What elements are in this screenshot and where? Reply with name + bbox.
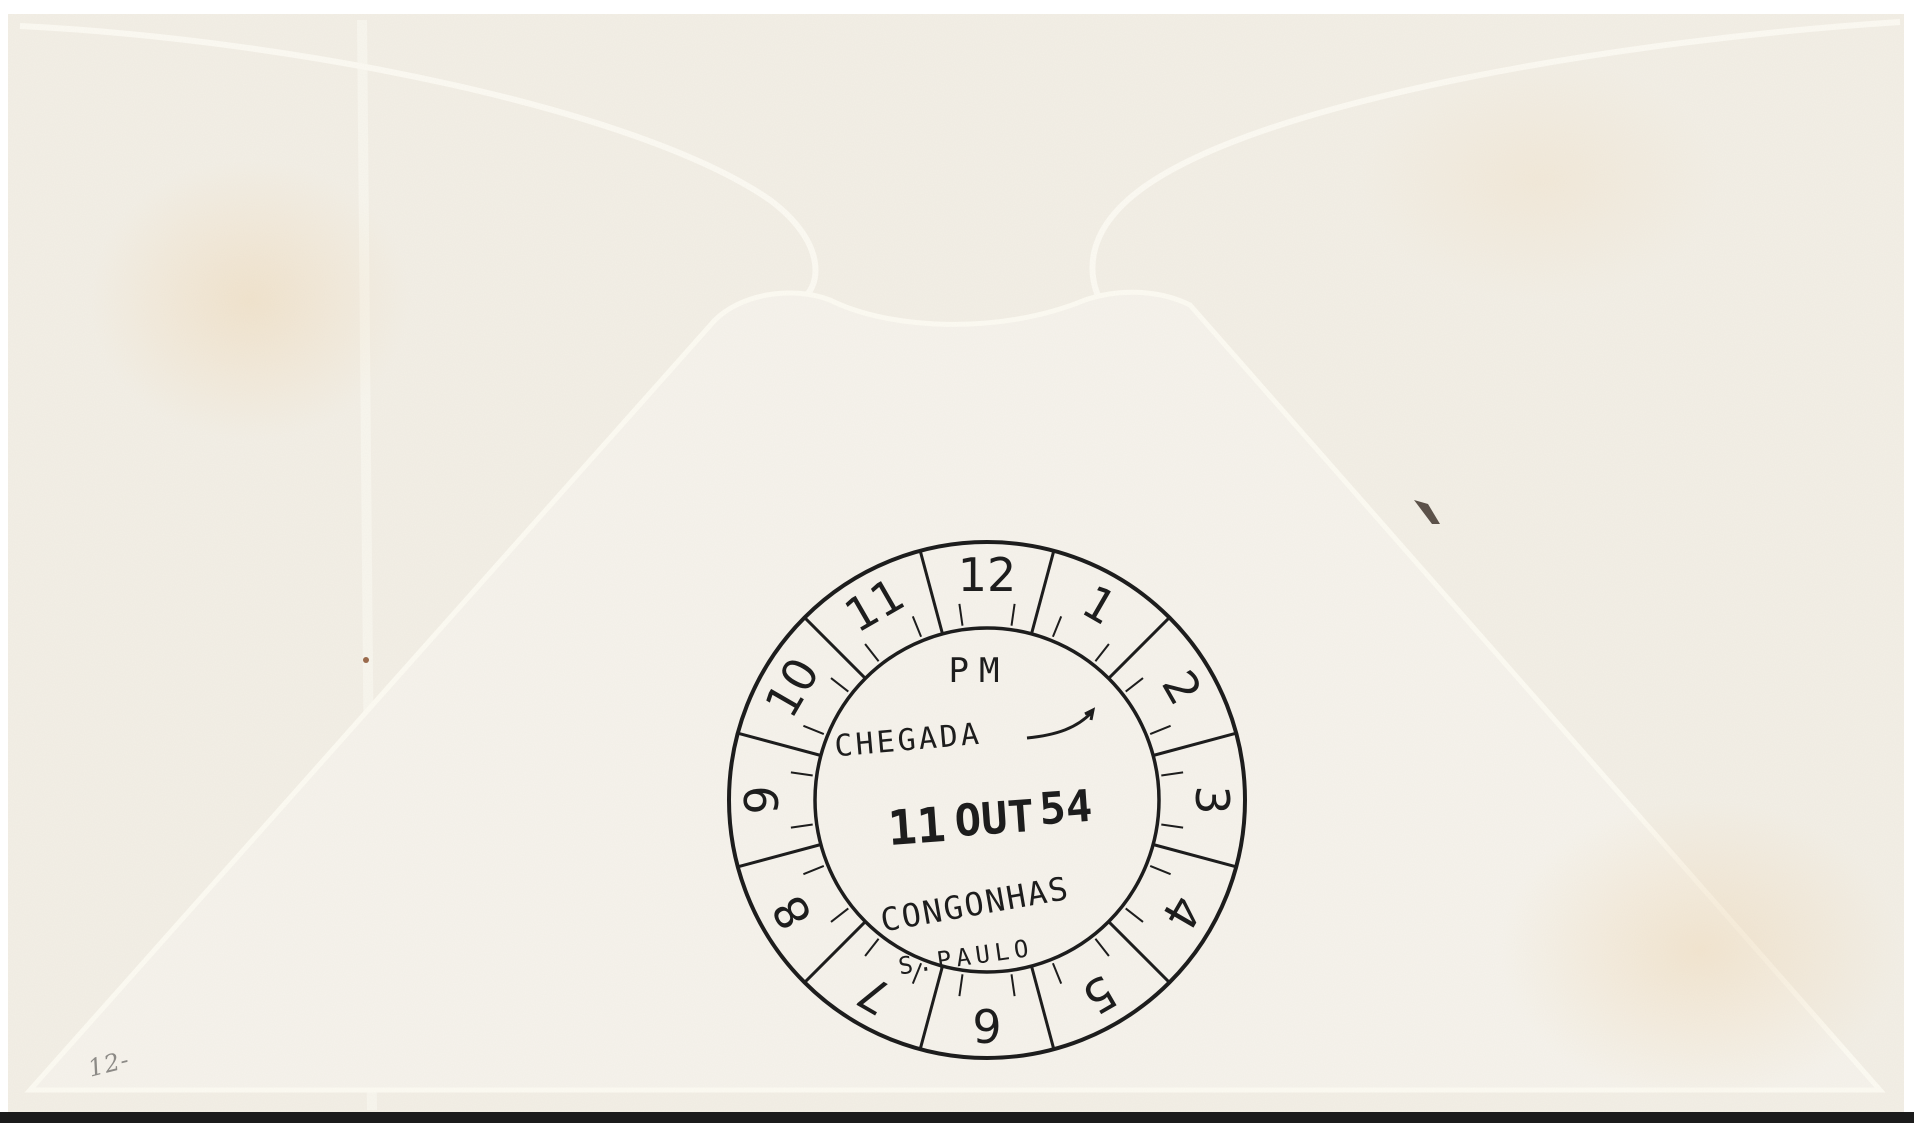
- postmark-year: 54: [1038, 781, 1094, 836]
- hour-number: 9: [735, 785, 789, 814]
- postmark-period: PM: [949, 651, 1010, 691]
- hour-number: 12: [958, 548, 1017, 602]
- hour-number: 3: [1185, 785, 1239, 814]
- postmark-day: 11: [886, 797, 948, 857]
- postmark-month: OUT: [953, 791, 1036, 847]
- debris-mark: [363, 657, 369, 663]
- envelope-back: 121234567891011 PM CHEGADA 11 OUT 54 CON…: [0, 0, 1914, 1123]
- bottom-edge: [0, 1112, 1914, 1123]
- hour-number: 6: [972, 998, 1001, 1052]
